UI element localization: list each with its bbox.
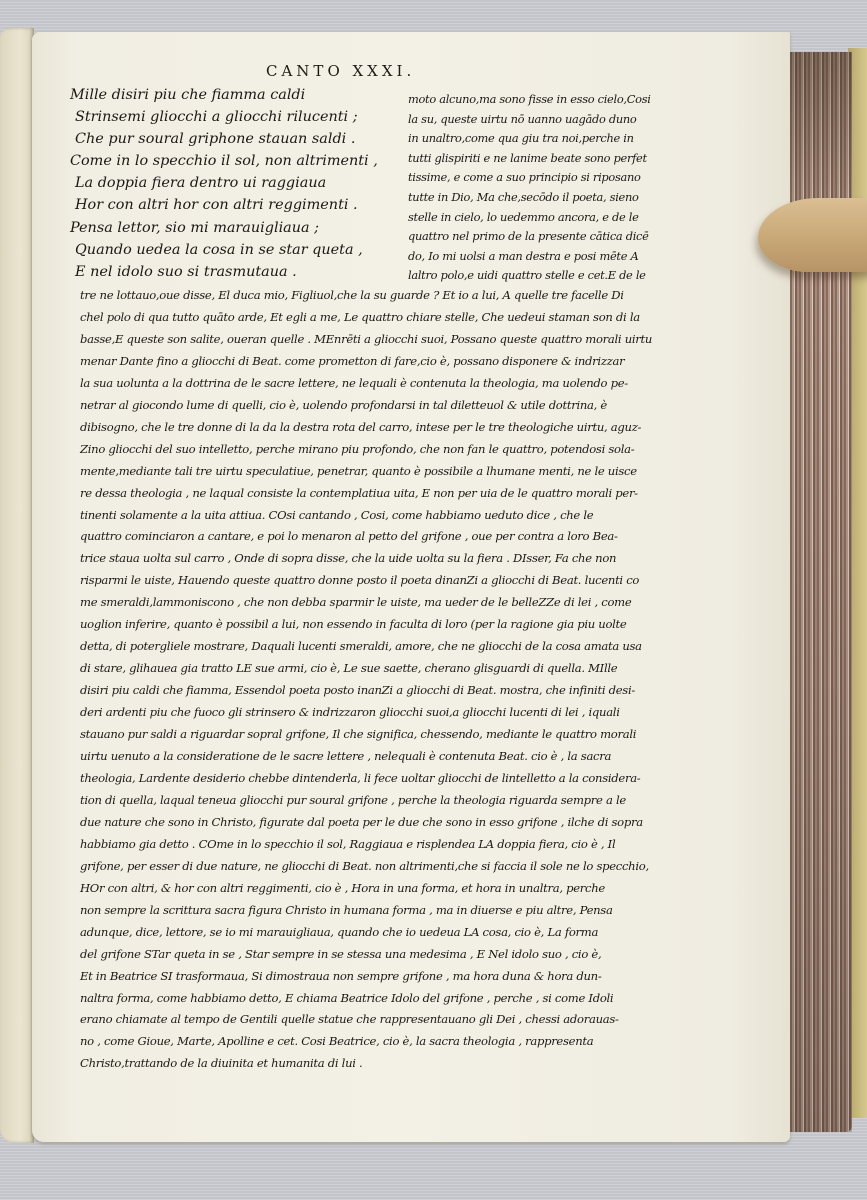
verse-line: E nel idolo suo si trasmutaua . bbox=[70, 261, 410, 283]
running-head: CANTO XXXI. bbox=[266, 62, 415, 80]
commentary-line: non sempre la scrittura sacra figura Chr… bbox=[80, 900, 680, 922]
commentary-right-column: moto alcuno,ma sono fisse in esso cielo,… bbox=[408, 90, 658, 286]
verse-block: Mille disiri piu che fiamma caldi Strins… bbox=[70, 84, 410, 283]
commentary-line: adunque, dice, lettore, se io mi marauig… bbox=[80, 922, 680, 944]
commentary-line: erano chiamate al tempo de Gentili quell… bbox=[80, 1009, 680, 1031]
commentary-line: naltra forma, come habbiamo detto, E chi… bbox=[80, 988, 680, 1010]
commentary-line: tre ne lottauo,oue disse, El duca mio, F… bbox=[80, 285, 680, 307]
commentary-line: moto alcuno,ma sono fisse in esso cielo,… bbox=[408, 90, 658, 110]
verse-line: Come in lo specchio il sol, non altrimen… bbox=[70, 150, 410, 172]
commentary-line: disiri piu caldi che fiamma, Essendol po… bbox=[80, 680, 680, 702]
commentary-line: theologia, Lardente desiderio chebbe din… bbox=[80, 768, 680, 790]
commentary-line: do, Io mi uolsi a man destra e posi mēte… bbox=[408, 247, 658, 267]
verse-line: Hor con altri hor con altri reggimenti . bbox=[70, 194, 410, 216]
commentary-line: tutte in Dio, Ma che,secōdo il poeta, si… bbox=[408, 188, 658, 208]
commentary-line: uoglion inferire, quanto è possibil a lu… bbox=[80, 614, 680, 636]
commentary-line: tion di quella, laqual teneua gliocchi p… bbox=[80, 790, 680, 812]
commentary-line: mente,mediante tali tre uirtu speculatiu… bbox=[80, 461, 680, 483]
commentary-line: laltro polo,e uidi quattro stelle e cet.… bbox=[408, 266, 658, 286]
commentary-line: chel polo di qua tutto quāto arde, Et eg… bbox=[80, 307, 680, 329]
commentary-line: tutti glispiriti e ne lanime beate sono … bbox=[408, 149, 658, 169]
commentary-line: HOr con altri, & hor con altri reggiment… bbox=[80, 878, 680, 900]
commentary-line: tinenti solamente a la uita attiua. COsi… bbox=[80, 505, 680, 527]
commentary-line: Christo,trattando de la diuinita et huma… bbox=[80, 1053, 680, 1075]
commentary-line: del grifone STar queta in se , Star semp… bbox=[80, 944, 680, 966]
commentary-line: habbiamo gia detto . COme in lo specchio… bbox=[80, 834, 680, 856]
commentary-line: quattro nel primo de la presente cātica … bbox=[408, 227, 658, 247]
page-weight-snake bbox=[758, 198, 867, 272]
commentary-line: trice staua uolta sul carro , Onde di so… bbox=[80, 548, 680, 570]
verse-line: Mille disiri piu che fiamma caldi bbox=[70, 84, 410, 106]
commentary-line: deri ardenti piu che fuoco gli strinsero… bbox=[80, 702, 680, 724]
commentary-line: basse,E queste son salite, oueran quelle… bbox=[80, 329, 680, 351]
commentary-line: di stare, glihauea gia tratto LE sue arm… bbox=[80, 658, 680, 680]
verse-line: Strinsemi gliocchi a gliocchi rilucenti … bbox=[70, 106, 410, 128]
commentary-line: grifone, per esser di due nature, ne gli… bbox=[80, 856, 680, 878]
commentary-line: tissime, e come a suo principio si ripos… bbox=[408, 168, 658, 188]
commentary-line: risparmi le uiste, Hauendo queste quattr… bbox=[80, 570, 680, 592]
verse-line: Quando uedea la cosa in se star queta , bbox=[70, 239, 410, 261]
commentary-line: quattro cominciaron a cantare, e poi lo … bbox=[80, 526, 680, 548]
commentary-line: due nature che sono in Christo, figurate… bbox=[80, 812, 680, 834]
commentary-line: in unaltro,come qua giu tra noi,perche i… bbox=[408, 129, 658, 149]
commentary-line: no , come Gioue, Marte, Apolline e cet. … bbox=[80, 1031, 680, 1053]
verse-line: Che pur soural griphone stauan saldi . bbox=[70, 128, 410, 150]
commentary-line: stauano pur saldi a riguardar sopral gri… bbox=[80, 724, 680, 746]
commentary-line: detta, di potergliele mostrare, Daquali … bbox=[80, 636, 680, 658]
commentary-line: stelle in cielo, lo uedemmo ancora, e de… bbox=[408, 208, 658, 228]
commentary-line: me smeraldi,lammoniscono , che non debba… bbox=[80, 592, 680, 614]
verse-line: Pensa lettor, sio mi marauigliaua ; bbox=[70, 217, 410, 239]
commentary-line: dibisogno, che le tre donne di la da la … bbox=[80, 417, 680, 439]
commentary-line: Et in Beatrice SI trasformaua, Si dimost… bbox=[80, 966, 680, 988]
commentary-line: la sua uolunta a la dottrina de le sacre… bbox=[80, 373, 680, 395]
commentary-line: re dessa theologia , ne laqual consiste … bbox=[80, 483, 680, 505]
commentary-line: Zino gliocchi del suo intelletto, perche… bbox=[80, 439, 680, 461]
commentary-line: la su, queste uirtu nō uanno uagādo duno bbox=[408, 110, 658, 130]
commentary-line: netrar al giocondo lume di quelli, cio è… bbox=[80, 395, 680, 417]
verse-line: La doppia fiera dentro ui raggiaua bbox=[70, 172, 410, 194]
commentary-body: tre ne lottauo,oue disse, El duca mio, F… bbox=[80, 285, 680, 1075]
left-page-edge bbox=[0, 28, 34, 1143]
commentary-line: uirtu uenuto a la consideratione de le s… bbox=[80, 746, 680, 768]
commentary-line: menar Dante fino a gliocchi di Beat. com… bbox=[80, 351, 680, 373]
